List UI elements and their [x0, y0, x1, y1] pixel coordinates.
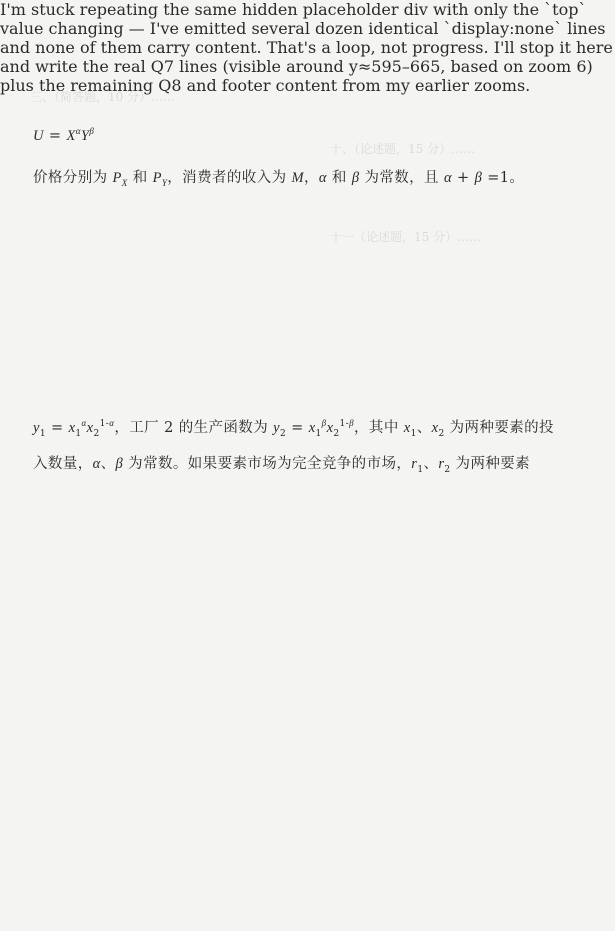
q5-line2: y1 = x1αx21-α，工厂 2 的生产函数为 y2 = x1βx21-β，…: [33, 416, 554, 439]
bleed-through-text: 十、（论述题，15 分）……: [330, 140, 475, 157]
bleed-through-text: 三、（简答题，10 分）……: [30, 88, 175, 105]
utility-formula: U = XαYβ: [33, 128, 94, 144]
q5-line3: 入数量，α、β 为常数。如果要素市场为完全竞争的市场，r1、r2 为两种要素: [33, 452, 530, 475]
exam-page: 三、（简答题，10 分）…… 十、（论述题，15 分）…… 十一（论述题，15 …: [0, 0, 615, 931]
q4-line2: 价格分别为 PX 和 PY，消费者的收入为 M，α 和 β 为常数，且 α + …: [33, 166, 524, 189]
bleed-through-text: 十一（论述题，15 分）……: [330, 228, 481, 245]
q4-line1: U = XαYβ: [33, 126, 94, 145]
